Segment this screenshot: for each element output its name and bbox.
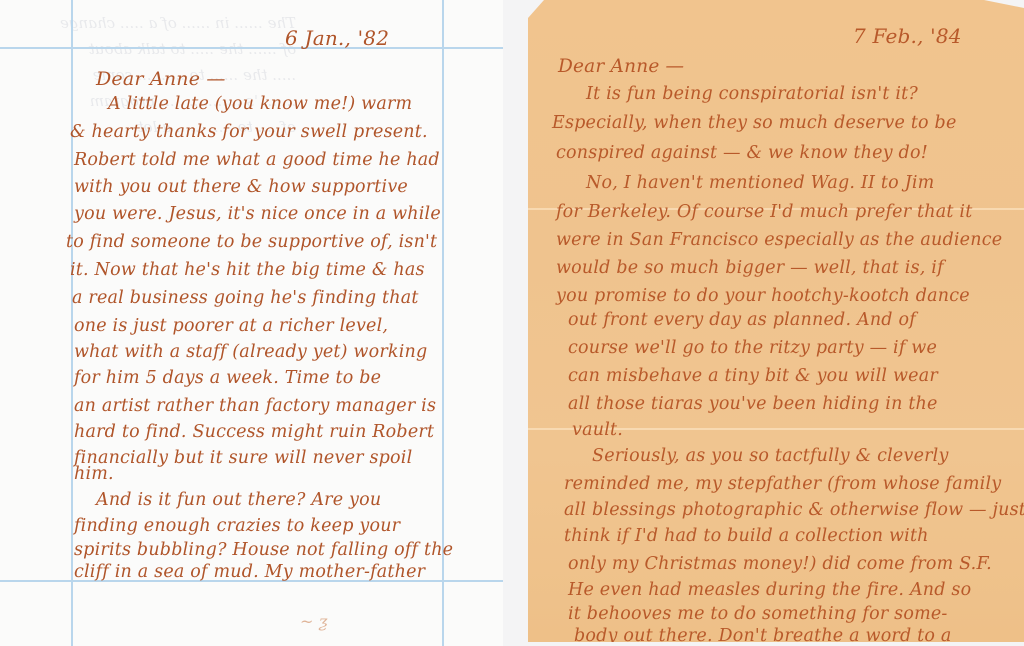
letter-date: 6 Jan., '82 xyxy=(285,26,389,50)
letter-line: course we'll go to the ritzy party — if … xyxy=(568,338,937,358)
letter-line: think if I'd had to build a collection w… xyxy=(564,526,929,546)
rule-line xyxy=(0,47,503,49)
salutation: Dear Anne — xyxy=(96,68,226,90)
letter-line: with you out there & how supportive xyxy=(74,177,408,197)
letter-line: It is fun being conspiratorial isn't it? xyxy=(586,84,918,104)
letter-line-text: to find someone to be supportive of, isn… xyxy=(66,232,437,252)
letter-line: & hearty thanks for your swell present. xyxy=(70,122,428,142)
letter-line: all those tiaras you've been hiding in t… xyxy=(568,394,938,414)
torn-corner xyxy=(984,0,1024,8)
letter-line: can misbehave a tiny bit & you will wear xyxy=(568,366,938,386)
letter-line: to find someone to be supportive of, isn… xyxy=(66,232,437,252)
letter-line: body out there. Don't breathe a word to … xyxy=(574,626,952,642)
letter-line: would be so much bigger — well, that is,… xyxy=(556,258,944,278)
letter-line: He even had measles during the fire. And… xyxy=(568,580,971,600)
letter-line: what with a staff (already yet) working xyxy=(74,342,427,362)
letter-line: Seriously, as you so tactfully & cleverl… xyxy=(592,446,949,466)
letter-line: you promise to do your hootchy-kootch da… xyxy=(556,286,970,306)
letter-line: Especially, when they so much deserve to… xyxy=(552,113,957,133)
letter-line: conspired against — & we know they do! xyxy=(556,143,928,163)
margin-line xyxy=(71,0,73,646)
letter-line: financially but it sure will never spoil xyxy=(74,448,412,468)
salutation: Dear Anne — xyxy=(558,56,684,77)
letter-line: were in San Francisco especially as the … xyxy=(556,230,1002,250)
letter-line: an artist rather than factory manager is xyxy=(74,396,436,416)
letter-line: one is just poorer at a richer level, xyxy=(74,316,388,336)
letter-line: finding enough crazies to keep your xyxy=(74,516,400,536)
letter-date: 7 Feb., '84 xyxy=(853,24,962,48)
document-spread: The ...... in ...... of a ..... change o… xyxy=(0,0,1024,646)
letter-line: you were. Jesus, it's nice once in a whi… xyxy=(74,204,441,224)
letter-1984: 7 Feb., '84 Dear Anne — It is fun being … xyxy=(528,0,1024,642)
torn-corner xyxy=(528,0,544,18)
letter-line: Robert told me what a good time he had xyxy=(74,150,440,170)
letter-line: reminded me, my stepfather (from whose f… xyxy=(564,474,1001,494)
letter-line: a real business going he's finding that xyxy=(72,288,419,308)
letter-line: it. Now that he's hit the big time & has xyxy=(70,260,425,280)
letter-line: all blessings photographic & otherwise f… xyxy=(564,500,1024,520)
letter-line: him. xyxy=(74,464,114,484)
letter-line: hard to find. Success might ruin Robert xyxy=(74,422,434,442)
letter-line: No, I haven't mentioned Wag. II to Jim xyxy=(586,173,934,193)
faint-ink-mark: ~ ƺ xyxy=(300,612,328,631)
letter-line: only my Christmas money!) did come from … xyxy=(568,554,992,574)
letter-line: out front every day as planned. And of xyxy=(568,310,916,330)
letter-1982: The ...... in ...... of a ..... change o… xyxy=(0,0,503,646)
letter-line: vault. xyxy=(572,420,623,440)
letter-line: spirits bubbling? House not falling off … xyxy=(74,540,453,560)
letter-line: A little late (you know me!) warm xyxy=(108,94,412,114)
letter-line: cliff in a sea of mud. My mother-father xyxy=(74,562,425,582)
letter-line: And is it fun out there? Are you xyxy=(96,490,381,510)
letter-line: it behooves me to do something for some- xyxy=(568,604,948,624)
letter-line: for Berkeley. Of course I'd much prefer … xyxy=(556,202,972,222)
letter-line: for him 5 days a week. Time to be xyxy=(74,368,381,388)
